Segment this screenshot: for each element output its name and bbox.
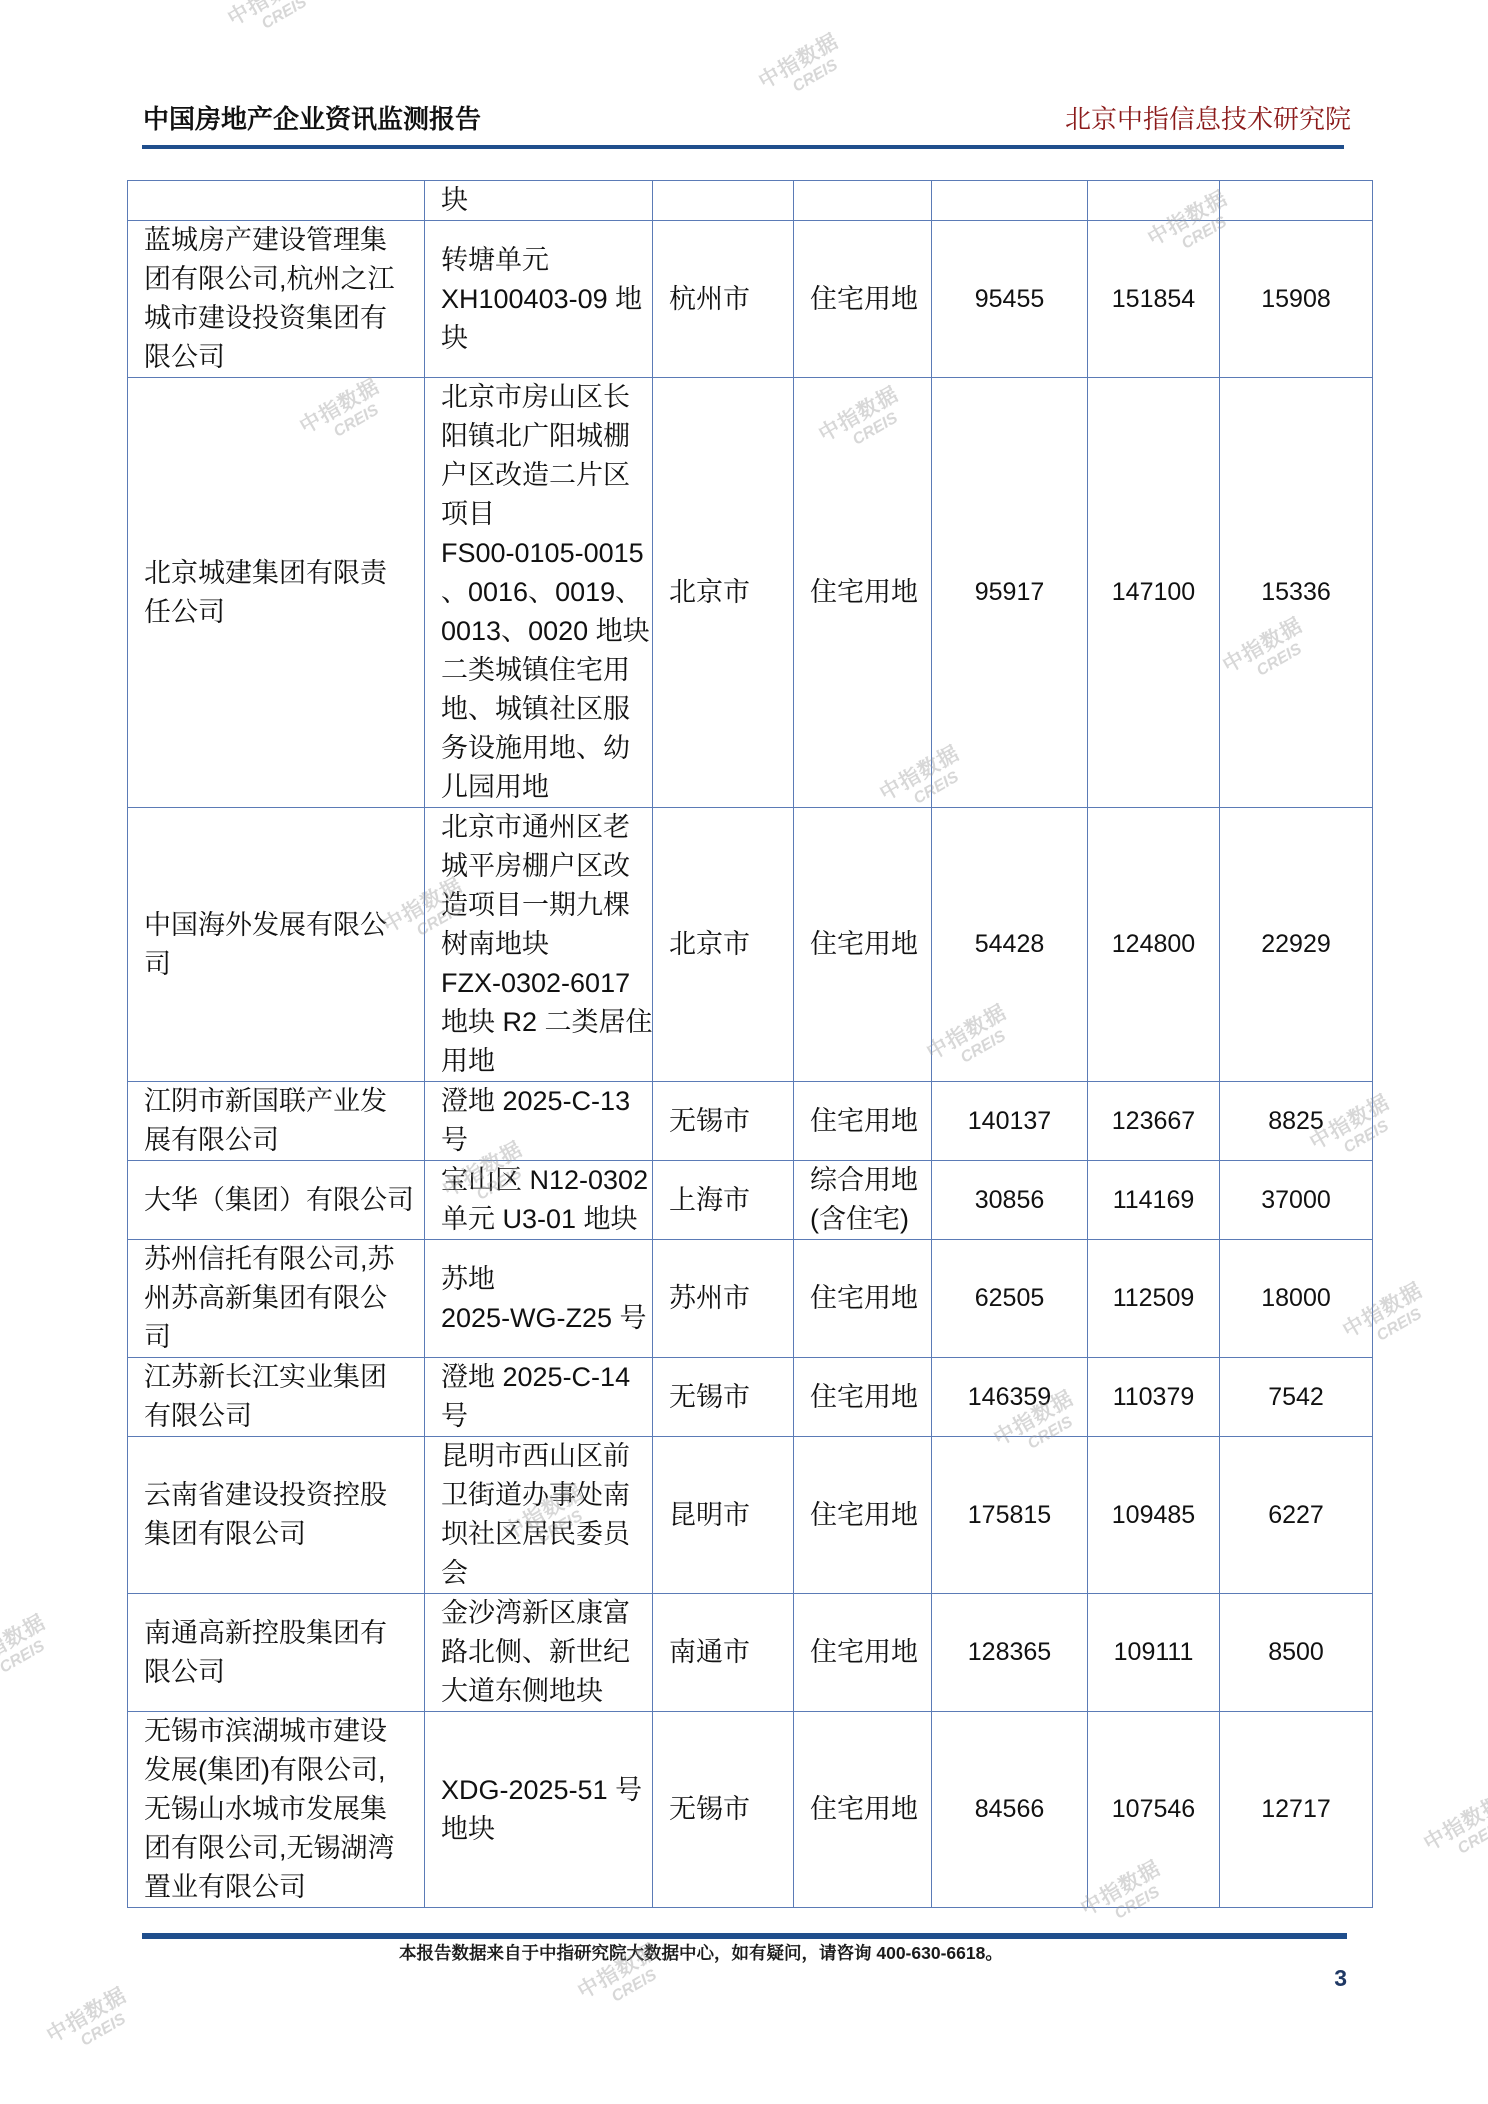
cell-land-use: 综合用地 (含住宅)	[794, 1161, 932, 1240]
cell-land-use: 住宅用地	[794, 808, 932, 1082]
cell-company: 大华（集团）有限公司	[128, 1161, 425, 1240]
cell-parcel: XDG-2025-51 号 地块	[425, 1712, 653, 1908]
cell-value-2: 109485	[1088, 1437, 1220, 1594]
table-row: 蓝城房产建设管理集 团有限公司,杭州之江 城市建设投资集团有 限公司 转塘单元 …	[128, 221, 1373, 378]
cell-city: 昆明市	[653, 1437, 794, 1594]
cell-value-2: 114169	[1088, 1161, 1220, 1240]
cell-parcel: 北京市房山区长 阳镇北广阳城棚 户区改造二片区 项目 FS00-0105-001…	[425, 378, 653, 808]
cell-value-1: 54428	[932, 808, 1088, 1082]
cell-parcel: 昆明市西山区前 卫街道办事处南 坝社区居民委员 会	[425, 1437, 653, 1594]
cell-city: 无锡市	[653, 1358, 794, 1437]
cell-parcel: 苏地 2025-WG-Z25 号	[425, 1240, 653, 1358]
cell-company: 蓝城房产建设管理集 团有限公司,杭州之江 城市建设投资集团有 限公司	[128, 221, 425, 378]
cell-value-1	[932, 181, 1088, 221]
cell-company: 苏州信托有限公司,苏 州苏高新集团有限公 司	[128, 1240, 425, 1358]
cell-land-use: 住宅用地	[794, 1594, 932, 1712]
page-number: 3	[1300, 1964, 1347, 1992]
cell-parcel: 北京市通州区老 城平房棚户区改 造项目一期九棵 树南地块 FZX-0302-60…	[425, 808, 653, 1082]
cell-city: 苏州市	[653, 1240, 794, 1358]
cell-value-3: 8825	[1220, 1082, 1373, 1161]
cell-value-2	[1088, 181, 1220, 221]
cell-value-3: 22929	[1220, 808, 1373, 1082]
cell-parcel: 金沙湾新区康富 路北侧、新世纪 大道东侧地块	[425, 1594, 653, 1712]
header-divider	[142, 145, 1344, 149]
table-row: 江阴市新国联产业发 展有限公司 澄地 2025-C-13 号 无锡市 住宅用地 …	[128, 1082, 1373, 1161]
cell-land-use: 住宅用地	[794, 1712, 932, 1908]
cell-land-use	[794, 181, 932, 221]
cell-land-use: 住宅用地	[794, 378, 932, 808]
footer-note: 本报告数据来自于中指研究院大数据中心，如有疑问，请咨询 400-630-6618…	[399, 1941, 1003, 1965]
table-row: 块	[128, 181, 1373, 221]
cell-city	[653, 181, 794, 221]
watermark: 中指数据CREIS	[1409, 1784, 1488, 1887]
cell-value-1: 30856	[932, 1161, 1088, 1240]
cell-value-2: 109111	[1088, 1594, 1220, 1712]
cell-city: 北京市	[653, 808, 794, 1082]
cell-company: 江苏新长江实业集团 有限公司	[128, 1358, 425, 1437]
cell-city: 南通市	[653, 1594, 794, 1712]
cell-parcel: 块	[425, 181, 653, 221]
cell-value-1: 140137	[932, 1082, 1088, 1161]
cell-value-3: 15336	[1220, 378, 1373, 808]
watermark: 中指数据CREIS	[744, 22, 867, 125]
cell-land-use: 住宅用地	[794, 221, 932, 378]
cell-value-1: 95917	[932, 378, 1088, 808]
cell-value-3: 37000	[1220, 1161, 1373, 1240]
cell-land-use: 住宅用地	[794, 1240, 932, 1358]
cell-value-3	[1220, 181, 1373, 221]
cell-value-1: 146359	[932, 1358, 1088, 1437]
cell-value-3: 12717	[1220, 1712, 1373, 1908]
table-row: 苏州信托有限公司,苏 州苏高新集团有限公 司 苏地 2025-WG-Z25 号 …	[128, 1240, 1373, 1358]
cell-value-3: 6227	[1220, 1437, 1373, 1594]
cell-company: 中国海外发展有限公 司	[128, 808, 425, 1082]
cell-company: 南通高新控股集团有 限公司	[128, 1594, 425, 1712]
cell-value-2: 151854	[1088, 221, 1220, 378]
watermark: 中指数据CREIS	[0, 1603, 75, 1706]
table-row: 中国海外发展有限公 司 北京市通州区老 城平房棚户区改 造项目一期九棵 树南地块…	[128, 808, 1373, 1082]
cell-value-3: 15908	[1220, 221, 1373, 378]
watermark: 中指数据CREIS	[213, 0, 336, 63]
cell-parcel: 澄地 2025-C-13 号	[425, 1082, 653, 1161]
cell-value-1: 84566	[932, 1712, 1088, 1908]
cell-value-2: 107546	[1088, 1712, 1220, 1908]
cell-city: 北京市	[653, 378, 794, 808]
cell-value-2: 123667	[1088, 1082, 1220, 1161]
cell-city: 无锡市	[653, 1082, 794, 1161]
cell-parcel: 转塘单元 XH100403-09 地 块	[425, 221, 653, 378]
table-row: 北京城建集团有限责 任公司 北京市房山区长 阳镇北广阳城棚 户区改造二片区 项目…	[128, 378, 1373, 808]
cell-parcel: 宝山区 N12-0302 单元 U3-01 地块	[425, 1161, 653, 1240]
table-row: 无锡市滨湖城市建设 发展(集团)有限公司, 无锡山水城市发展集 团有限公司,无锡…	[128, 1712, 1373, 1908]
cell-value-2: 124800	[1088, 808, 1220, 1082]
cell-value-1: 175815	[932, 1437, 1088, 1594]
cell-company: 北京城建集团有限责 任公司	[128, 378, 425, 808]
cell-land-use: 住宅用地	[794, 1082, 932, 1161]
footer-divider	[142, 1933, 1347, 1939]
cell-value-1: 95455	[932, 221, 1088, 378]
land-transaction-table: 块 蓝城房产建设管理集 团有限公司,杭州之江 城市建设投资集团有 限公司 转塘单…	[127, 180, 1373, 1908]
cell-value-3: 18000	[1220, 1240, 1373, 1358]
cell-value-1: 128365	[932, 1594, 1088, 1712]
cell-city: 上海市	[653, 1161, 794, 1240]
cell-value-2: 147100	[1088, 378, 1220, 808]
cell-company	[128, 181, 425, 221]
table-row: 江苏新长江实业集团 有限公司 澄地 2025-C-14 号 无锡市 住宅用地 1…	[128, 1358, 1373, 1437]
institute-name: 北京中指信息技术研究院	[1065, 104, 1351, 136]
cell-value-2: 110379	[1088, 1358, 1220, 1437]
table-row: 南通高新控股集团有 限公司 金沙湾新区康富 路北侧、新世纪 大道东侧地块 南通市…	[128, 1594, 1373, 1712]
cell-land-use: 住宅用地	[794, 1358, 932, 1437]
cell-company: 无锡市滨湖城市建设 发展(集团)有限公司, 无锡山水城市发展集 团有限公司,无锡…	[128, 1712, 425, 1908]
cell-company: 云南省建设投资控股 集团有限公司	[128, 1437, 425, 1594]
report-title: 中国房地产企业资讯监测报告	[143, 104, 481, 136]
cell-value-2: 112509	[1088, 1240, 1220, 1358]
cell-parcel: 澄地 2025-C-14 号	[425, 1358, 653, 1437]
cell-value-3: 7542	[1220, 1358, 1373, 1437]
cell-city: 杭州市	[653, 221, 794, 378]
table-row: 云南省建设投资控股 集团有限公司 昆明市西山区前 卫街道办事处南 坝社区居民委员…	[128, 1437, 1373, 1594]
cell-value-1: 62505	[932, 1240, 1088, 1358]
cell-land-use: 住宅用地	[794, 1437, 932, 1594]
cell-company: 江阴市新国联产业发 展有限公司	[128, 1082, 425, 1161]
table-row: 大华（集团）有限公司 宝山区 N12-0302 单元 U3-01 地块 上海市 …	[128, 1161, 1373, 1240]
cell-value-3: 8500	[1220, 1594, 1373, 1712]
cell-city: 无锡市	[653, 1712, 794, 1908]
watermark: 中指数据CREIS	[32, 1976, 155, 2079]
